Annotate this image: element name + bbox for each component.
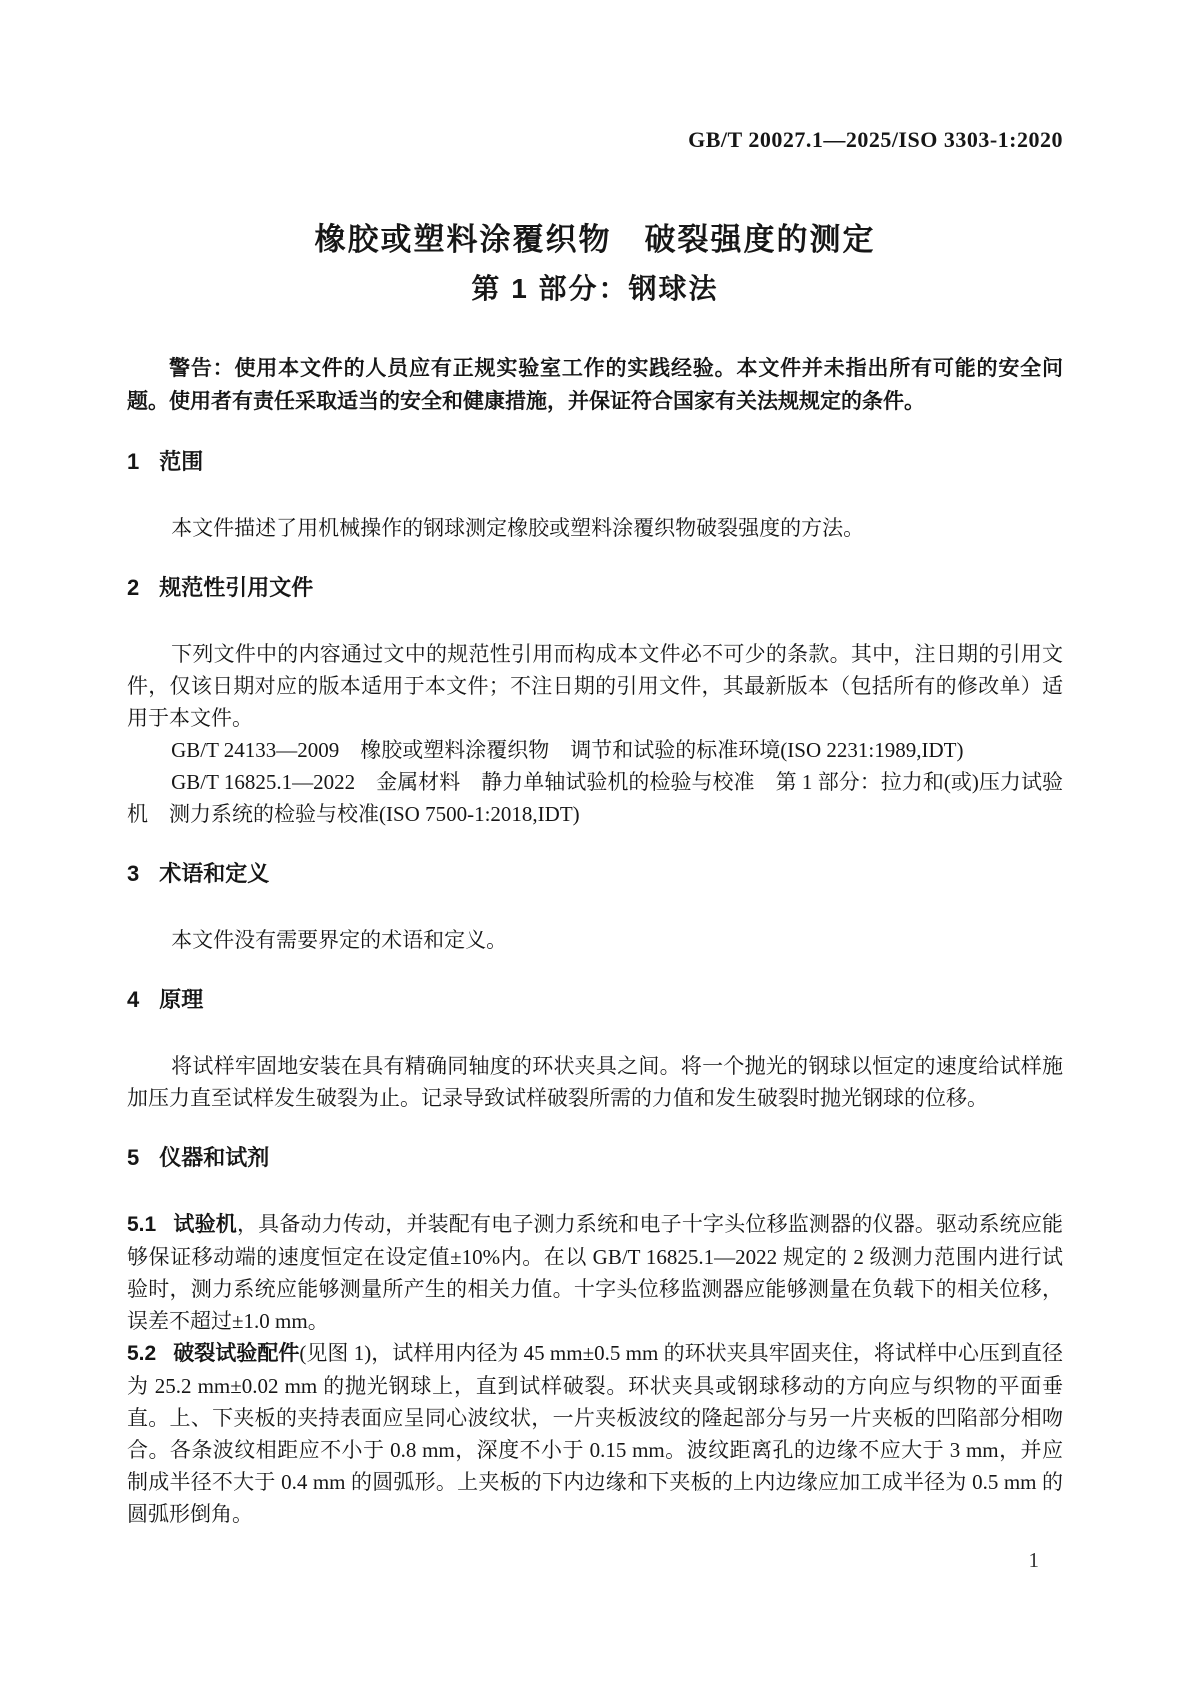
section-number: 2 [127, 575, 139, 600]
clause-5.2: 5.2破裂试验配件(见图 1)，试样用内径为 45 mm±0.5 mm 的环状夹… [127, 1337, 1063, 1530]
section-1: 1范围本文件描述了用机械操作的钢球测定橡胶或塑料涂覆织物破裂强度的方法。 [127, 446, 1063, 544]
section-title: 范围 [159, 449, 203, 474]
document-title-line1: 橡胶或塑料涂覆织物 破裂强度的测定 [127, 218, 1063, 262]
section-heading-5: 5仪器和试剂 [127, 1142, 1063, 1174]
section-title: 规范性引用文件 [159, 575, 313, 600]
section-3: 3术语和定义本文件没有需要界定的术语和定义。 [127, 858, 1063, 956]
section-title: 仪器和试剂 [159, 1145, 269, 1170]
paragraph: GB/T 24133—2009 橡胶或塑料涂覆织物 调节和试验的标准环境(ISO… [127, 734, 1063, 766]
section-title: 术语和定义 [159, 861, 269, 886]
section-title: 原理 [159, 987, 203, 1012]
section-number: 5 [127, 1145, 139, 1170]
clause-number: 5.1 [127, 1213, 156, 1236]
paragraph: 将试样牢固地安装在具有精确同轴度的环状夹具之间。将一个抛光的钢球以恒定的速度给试… [127, 1050, 1063, 1114]
section-4: 4原理将试样牢固地安装在具有精确同轴度的环状夹具之间。将一个抛光的钢球以恒定的速… [127, 984, 1063, 1114]
paragraph: 本文件描述了用机械操作的钢球测定橡胶或塑料涂覆织物破裂强度的方法。 [127, 512, 1063, 544]
clause-5.1: 5.1试验机，具备动力传动，并装配有电子测力系统和电子十字头位移监测器的仪器。驱… [127, 1208, 1063, 1337]
section-number: 3 [127, 861, 139, 886]
section-number: 1 [127, 449, 139, 474]
section-heading-2: 2规范性引用文件 [127, 572, 1063, 604]
section-number: 4 [127, 987, 139, 1012]
section-heading-4: 4原理 [127, 984, 1063, 1016]
page-number: 1 [1029, 1548, 1040, 1572]
section-heading-3: 3术语和定义 [127, 858, 1063, 890]
section-2: 2规范性引用文件下列文件中的内容通过文中的规范性引用而构成本文件必不可少的条款。… [127, 572, 1063, 830]
document-page: GB/T 20027.1—2025/ISO 3303-1:2020 橡胶或塑料涂… [0, 0, 1191, 1685]
document-title-line2: 第 1 部分：钢球法 [127, 270, 1063, 308]
warning-paragraph: 警告：使用本文件的人员应有正规实验室工作的实践经验。本文件并未指出所有可能的安全… [127, 352, 1063, 418]
sections: 1范围本文件描述了用机械操作的钢球测定橡胶或塑料涂覆织物破裂强度的方法。2规范性… [127, 446, 1063, 1530]
clause-lead: 破裂试验配件 [173, 1342, 299, 1365]
paragraph: 本文件没有需要界定的术语和定义。 [127, 924, 1063, 956]
clause-number: 5.2 [127, 1342, 156, 1365]
paragraph: 下列文件中的内容通过文中的规范性引用而构成本文件必不可少的条款。其中，注日期的引… [127, 638, 1063, 734]
section-5: 5仪器和试剂5.1试验机，具备动力传动，并装配有电子测力系统和电子十字头位移监测… [127, 1142, 1063, 1530]
standard-code-header: GB/T 20027.1—2025/ISO 3303-1:2020 [127, 126, 1063, 154]
section-heading-1: 1范围 [127, 446, 1063, 478]
paragraph: GB/T 16825.1—2022 金属材料 静力单轴试验机的检验与校准 第 1… [127, 766, 1063, 830]
clause-lead: 试验机 [173, 1213, 237, 1236]
